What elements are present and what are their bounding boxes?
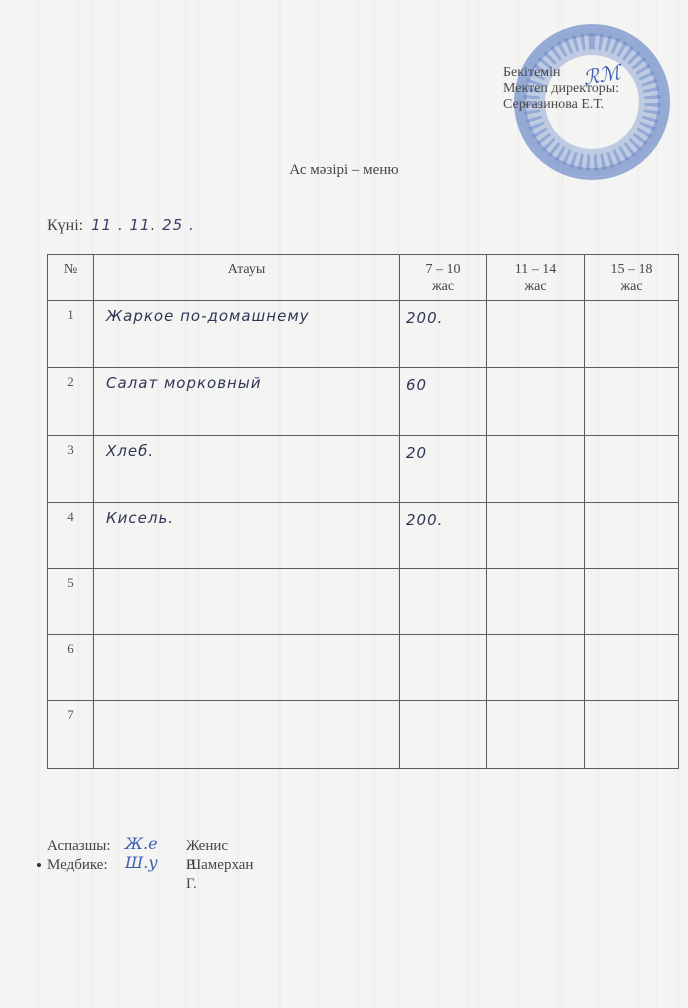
table-row: 3 Хлеб. 20 xyxy=(48,436,679,503)
row-num: 1 xyxy=(48,301,94,368)
dish-name: Жаркое по-домашнему xyxy=(94,301,400,368)
portion-11-14 xyxy=(487,436,585,503)
portion-7-10: 200. xyxy=(400,503,487,569)
cook-signature: Ж.е xyxy=(125,834,158,853)
page-title: Ас мәзірі – меню xyxy=(0,162,688,179)
dish-name xyxy=(94,701,400,769)
row-num: 2 xyxy=(48,368,94,436)
table-row: 5 xyxy=(48,569,679,635)
header-age-15-18: 15 – 18жас xyxy=(585,255,679,301)
portion-15-18 xyxy=(585,436,679,503)
portion-15-18 xyxy=(585,301,679,368)
table-row: 7 xyxy=(48,701,679,769)
portion-text: 20 xyxy=(400,436,486,462)
table-row: 6 xyxy=(48,635,679,701)
bullet-dot xyxy=(37,863,41,867)
dish-name xyxy=(94,635,400,701)
menu-table: № Атауы 7 – 10жас 11 – 14жас 15 – 18жас … xyxy=(47,254,679,769)
row-num: 5 xyxy=(48,569,94,635)
portion-7-10 xyxy=(400,635,487,701)
portion-11-14 xyxy=(487,635,585,701)
portion-7-10 xyxy=(400,701,487,769)
portion-text: 200. xyxy=(400,503,486,529)
row-num: 3 xyxy=(48,436,94,503)
dish-name xyxy=(94,569,400,635)
nurse-signature: Ш.у xyxy=(125,853,158,872)
header-name: Атауы xyxy=(94,255,400,301)
table-row: 1 Жаркое по-домашнему 200. xyxy=(48,301,679,368)
nurse-label: Медбике: xyxy=(47,856,108,875)
dish-name-text: Кисель. xyxy=(94,503,399,527)
table-row: 4 Кисель. 200. xyxy=(48,503,679,569)
dish-name-text: Хлеб. xyxy=(94,436,399,460)
dish-name: Салат морковный xyxy=(94,368,400,436)
cook-label: Аспазшы: xyxy=(47,837,111,856)
header-age-7-10: 7 – 10жас xyxy=(400,255,487,301)
portion-15-18 xyxy=(585,635,679,701)
portion-11-14 xyxy=(487,368,585,436)
row-num: 7 xyxy=(48,701,94,769)
nurse-name: Шамерхан Г. xyxy=(186,856,253,894)
dish-name: Кисель. xyxy=(94,503,400,569)
portion-11-14 xyxy=(487,569,585,635)
dish-name-text: Жаркое по-домашнему xyxy=(94,301,399,325)
portion-11-14 xyxy=(487,503,585,569)
dish-name-text: Салат морковный xyxy=(94,368,399,392)
portion-15-18 xyxy=(585,701,679,769)
portion-15-18 xyxy=(585,503,679,569)
portion-7-10 xyxy=(400,569,487,635)
row-num: 6 xyxy=(48,635,94,701)
portion-11-14 xyxy=(487,301,585,368)
table-header-row: № Атауы 7 – 10жас 11 – 14жас 15 – 18жас xyxy=(48,255,679,301)
header-age-11-14: 11 – 14жас xyxy=(487,255,585,301)
header-num: № xyxy=(48,255,94,301)
portion-text: 60 xyxy=(400,368,486,394)
portion-15-18 xyxy=(585,368,679,436)
date-value: 11 . 11. 25 . xyxy=(91,216,195,234)
portion-15-18 xyxy=(585,569,679,635)
row-num: 4 xyxy=(48,503,94,569)
table-row: 2 Салат морковный 60 xyxy=(48,368,679,436)
portion-11-14 xyxy=(487,701,585,769)
portion-7-10: 200. xyxy=(400,301,487,368)
date-label: Күні: xyxy=(47,217,83,234)
director-name: Серғазинова Е.Т. xyxy=(503,97,619,113)
dish-name: Хлеб. xyxy=(94,436,400,503)
date-row: Күні: 11 . 11. 25 . xyxy=(47,216,195,235)
portion-7-10: 20 xyxy=(400,436,487,503)
portion-text: 200. xyxy=(400,301,486,327)
portion-7-10: 60 xyxy=(400,368,487,436)
